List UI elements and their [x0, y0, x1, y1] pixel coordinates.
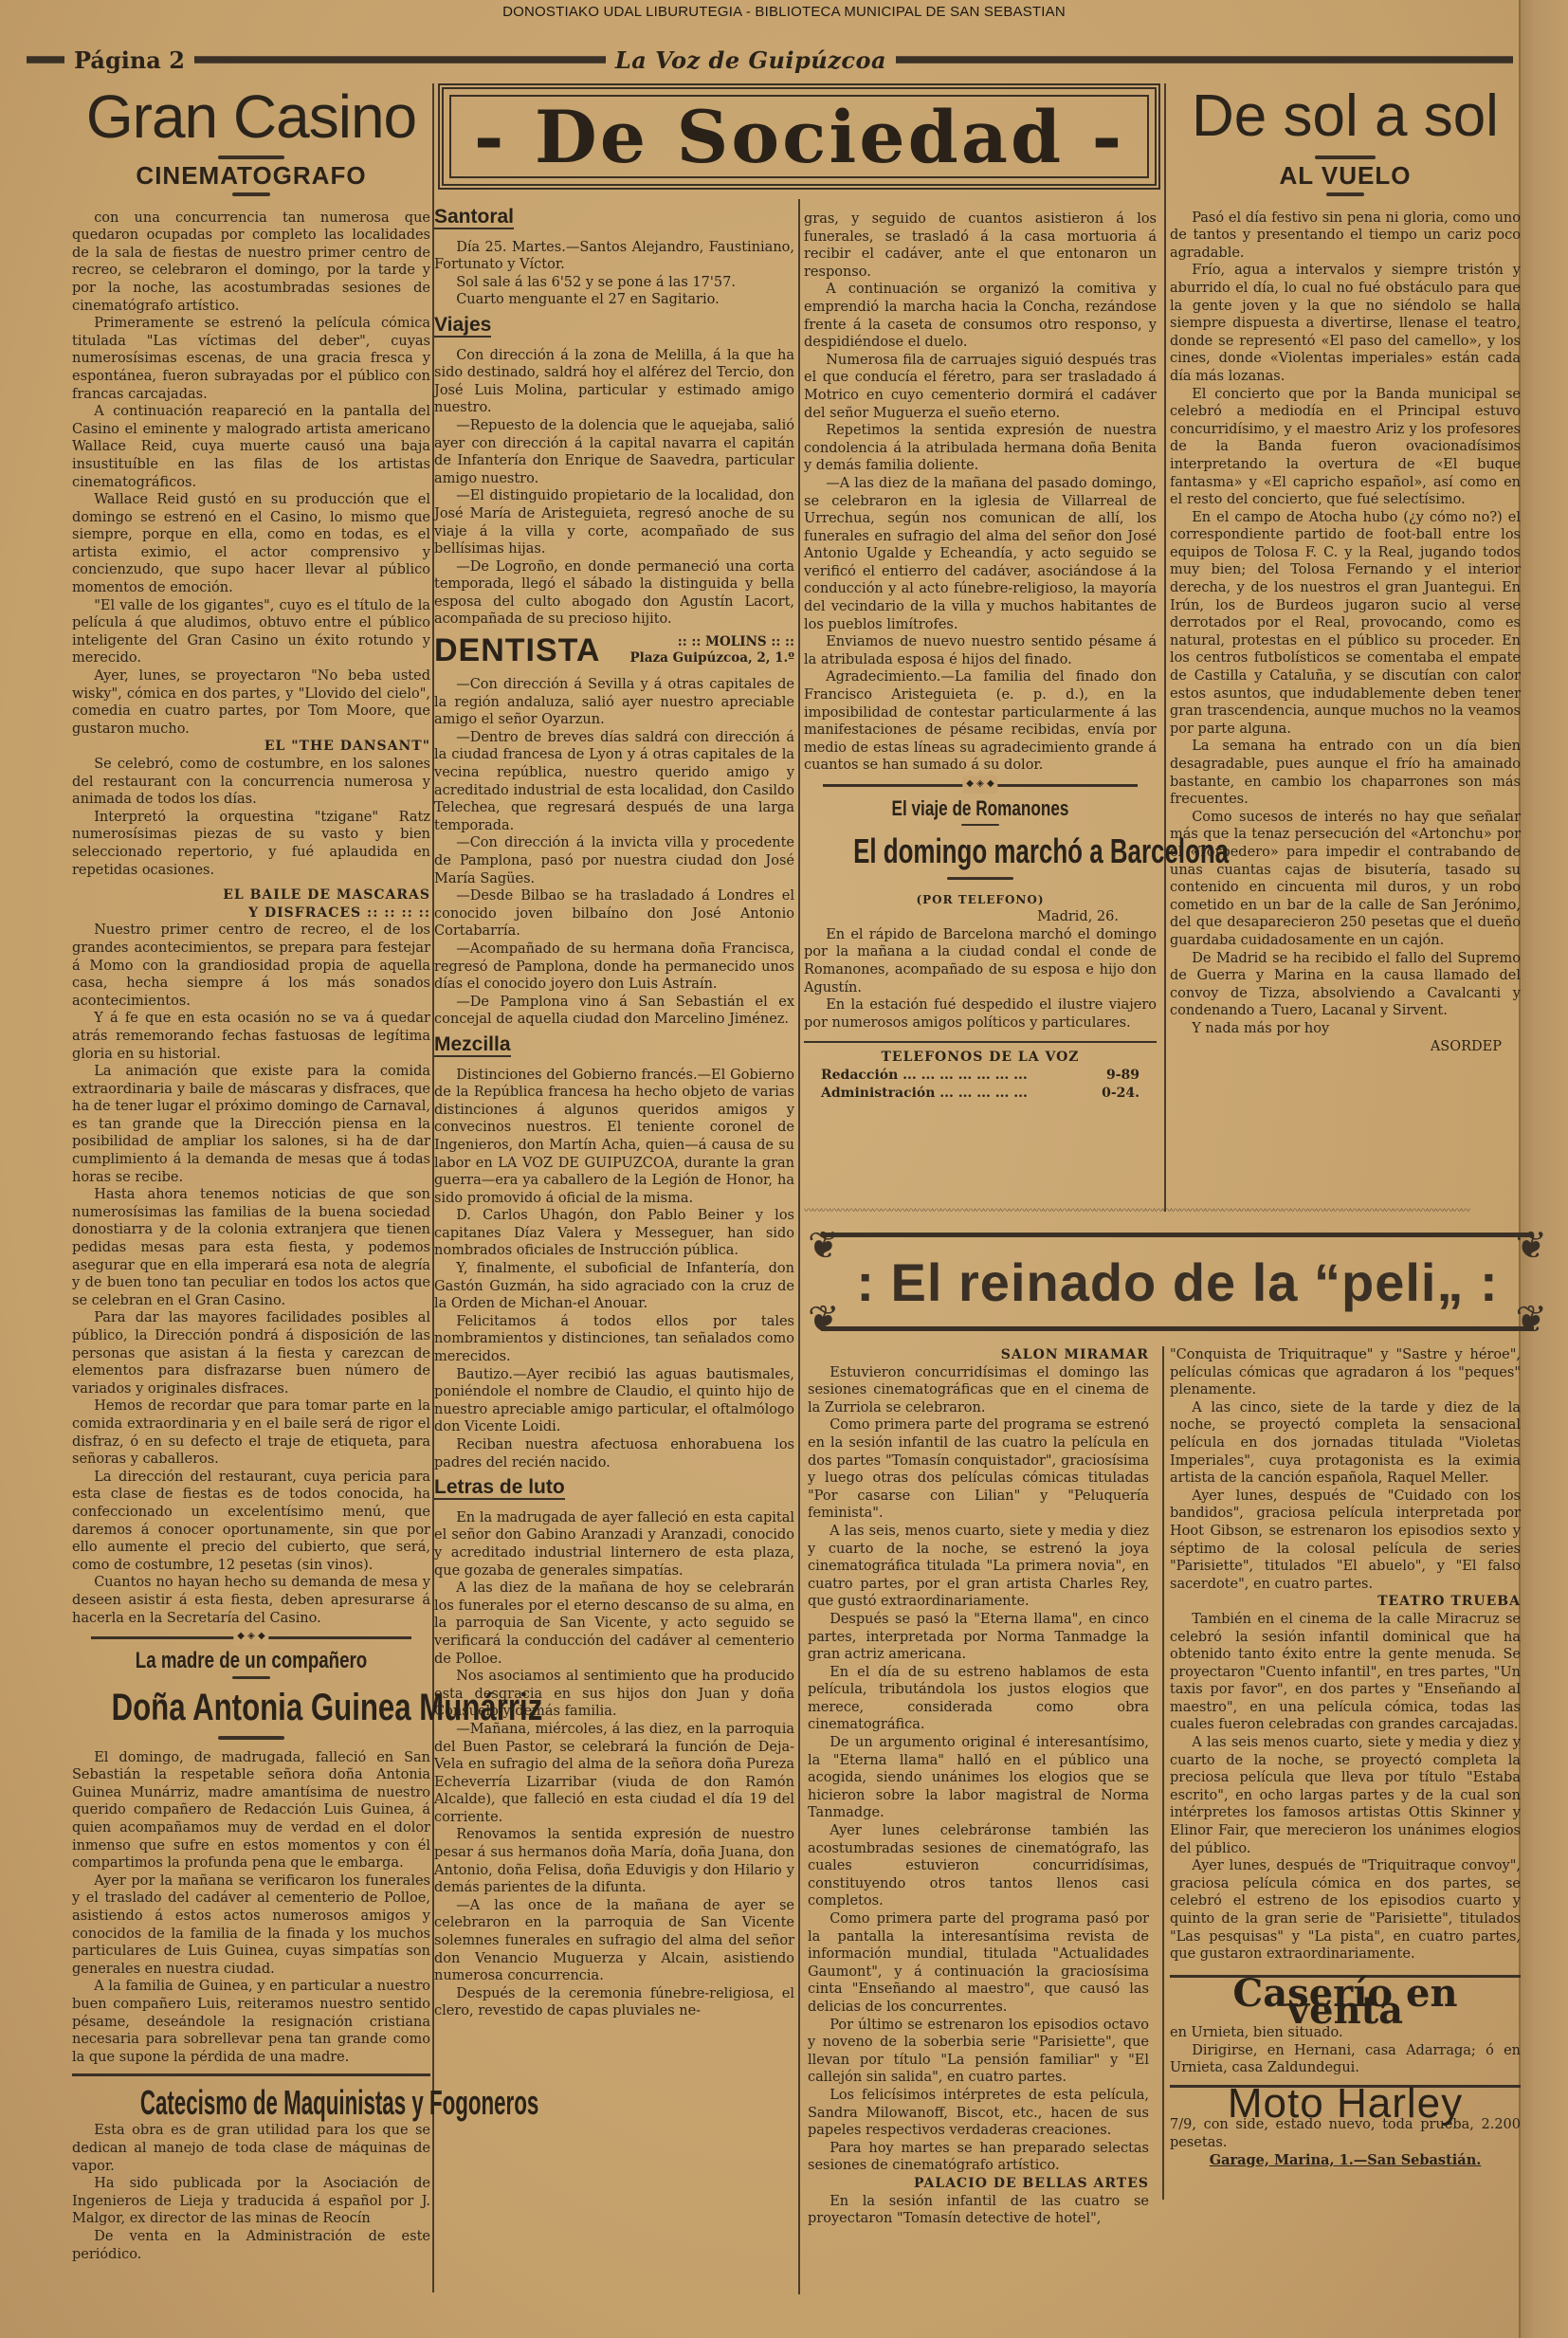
paragraph: El domingo, de madrugada, falleció en Sa… [72, 1749, 430, 1872]
ornament-rule [218, 155, 284, 159]
section-head-baile: Y DISFRACES :: :: :: :: [72, 904, 430, 922]
paragraph: Ayer lunes celebráronse también las acos… [808, 1822, 1149, 1910]
paragraph: —Dentro de breves días saldrá con direcc… [434, 729, 794, 835]
paragraph: De venta en la Administración de este pe… [72, 2228, 430, 2263]
section-head-luto: Letras de luto [434, 1479, 565, 1500]
column-sociedad-1: Santoral Día 25. Martes.—Santos Alejandr… [434, 201, 794, 2020]
paragraph: Estuvieron concurridísimas el domingo la… [808, 1364, 1149, 1417]
column-sol-a-sol: De sol a sol AL VUELO Pasó el día festiv… [1170, 83, 1521, 1055]
paragraph: Numerosa fila de carruajes siguió despué… [804, 352, 1157, 422]
ornament-divider [823, 784, 1138, 787]
paragraph: Por último se estrenaron los episodios o… [808, 2017, 1149, 2087]
archive-header: DONOSTIAKO UDAL LIBURUTEGIA - BIBLIOTECA… [0, 4, 1568, 20]
paragraph: A las cinco, siete de la tarde y diez de… [1170, 1399, 1521, 1488]
newspaper-title: La Voz de Guipúzcoa [615, 46, 886, 74]
ornament-corner-icon: ❦ [808, 1298, 840, 1342]
section-head-trueba: TEATRO TRUEBA [1170, 1593, 1521, 1611]
romanones-dateline: Madrid, 26. [804, 908, 1157, 926]
paragraph: En el campo de Atocha hubo (¿y cómo no?)… [1170, 509, 1521, 739]
signature: ASORDEP [1170, 1038, 1521, 1056]
de-sociedad-title: - De Sociedad - [474, 95, 1124, 179]
paragraph: Pasó el día festivo sin pena ni gloria, … [1170, 210, 1521, 263]
paragraph: Y á fe que en esta ocasión no se va á qu… [72, 1010, 430, 1063]
paragraph: Ayer por la mañana se verificaron los fu… [72, 1872, 430, 1979]
sol-title: De sol a sol [1170, 83, 1521, 150]
paragraph: Con dirección á la zona de Melilla, á la… [434, 347, 794, 417]
paragraph: Los felicísimos intérpretes de esta pelí… [808, 2087, 1149, 2140]
paragraph: Felicitamos á todos ellos por tales nomb… [434, 1313, 794, 1366]
section-head-baile: EL BAILE DE MASCARAS [72, 886, 430, 904]
paragraph: A las diez de la mañana de hoy se celebr… [434, 1580, 794, 1668]
paragraph: Como sucesos de interés no hay que señal… [1170, 809, 1521, 950]
paragraph: Distinciones del Gobierno francés.—El Go… [434, 1067, 794, 1208]
paragraph: En la estación fué despedido el ilustre … [804, 996, 1157, 1032]
catecismo-title: Catecismo de Maquinistas y Fogoneros [140, 2084, 362, 2122]
paragraph: La dirección del restaurant, cuya perici… [72, 1469, 430, 1575]
masthead-rule [896, 56, 1513, 64]
telefonos-value: 0-24. [1102, 1085, 1140, 1103]
paragraph: "Conquista de Triquitraque" y "Sastre y … [1170, 1346, 1521, 1399]
telefonos-row: Administración ... ... ... ... ... 0-24. [804, 1085, 1157, 1103]
paragraph: Nuestro primer centro de recreo, el de l… [72, 922, 430, 1010]
paragraph: Cuantos no hayan hecho su demanda de mes… [72, 1574, 430, 1627]
paragraph: En la sesión infantil de las cuatro se p… [808, 2193, 1149, 2228]
paragraph: con una concurrencia tan numerosa que qu… [72, 210, 430, 316]
masthead: Página 2 La Voz de Guipúzcoa [27, 46, 1513, 74]
paragraph: En el día de su estreno hablamos de esta… [808, 1664, 1149, 1734]
paragraph: Hemos de recordar que para tomar parte e… [72, 1397, 430, 1468]
paragraph: El concierto que por la Banda municipal … [1170, 386, 1521, 509]
section-head-the-dansant: EL "THE DANSANT" [72, 738, 430, 756]
romanones-kicker: El viaje de Romanones [843, 800, 1118, 818]
paragraph: La animación que existe para la comida e… [72, 1063, 430, 1186]
paragraph: —A las once de la mañana de ayer se cele… [434, 1897, 794, 1985]
paragraph: Wallace Reid gustó en su producción que … [72, 491, 430, 597]
paragraph: Interpretó la orquestina "tzigane" Ratz … [72, 809, 430, 879]
paragraph: Y nada más por hoy [1170, 1020, 1521, 1038]
paragraph: Ayer lunes, después de "Cuidado con los … [1170, 1488, 1521, 1594]
paragraph: D. Carlos Uhagón, don Pablo Beiner y los… [434, 1207, 794, 1260]
obituary-kicker: La madre de un compañero [112, 1653, 392, 1671]
ornament-corner-icon: ❦ [808, 1224, 840, 1268]
masthead-rule [194, 56, 606, 64]
paragraph: —A las diez de la mañana del pasado domi… [804, 475, 1157, 633]
paragraph: Renovamos la sentida expresión de nuestr… [434, 1826, 794, 1896]
romanones-title: El domingo marchó a Barcelona [853, 831, 1107, 871]
paragraph: Para dar las mayores facilidades posible… [72, 1309, 430, 1397]
telefonos-title: TELEFONOS DE LA VOZ [804, 1049, 1157, 1067]
caserio-line: Dirigirse, en Hernani, casa Adarraga; ó … [1170, 2042, 1521, 2077]
paragraph: —Repuesto de la dolencia que le aquejaba… [434, 417, 794, 487]
column-rule [1162, 1346, 1164, 2200]
ornament-rule [1326, 192, 1364, 196]
ornament-rule [218, 1736, 284, 1740]
romanones-byline: (POR TELEFONO) [804, 891, 1157, 909]
paragraph: Se celebró, como de costumbre, en los sa… [72, 756, 430, 809]
paragraph: "El valle de los gigantes", cuyo es el t… [72, 597, 430, 667]
paragraph: Repetimos la sentida expresión de nuestr… [804, 422, 1157, 475]
paragraph: Enviamos de nuevo nuestro sentido pésame… [804, 633, 1157, 668]
paragraph: Ha sido publicada por la Asociación de I… [72, 2175, 430, 2228]
paragraph: —Acompañado de su hermana doña Francisca… [434, 941, 794, 994]
paragraph: Reciban nuestra afectuosa enhorabuena lo… [434, 1436, 794, 1471]
moto-title: Moto Harley [1170, 2095, 1521, 2113]
paragraph: Como primera parte del programa pasó por… [808, 1910, 1149, 2017]
paragraph: En la madrugada de ayer falleció en esta… [434, 1509, 794, 1580]
ornament-corner-icon: ❦ [1515, 1224, 1547, 1268]
dentista-name: :: :: MOLINS :: :: [629, 634, 794, 650]
de-sociedad-banner: - De Sociedad - [438, 83, 1160, 190]
paragraph: También en el cinema de la calle Miracru… [1170, 1611, 1521, 1734]
paragraph: Nos asociamos al sentimiento que ha prod… [434, 1668, 794, 1721]
divider [72, 2073, 430, 2076]
column-sociedad-2: gras, y seguido de cuantos asistieron á … [804, 210, 1157, 1102]
paragraph: —Con dirección á la invicta villa y proc… [434, 834, 794, 887]
paragraph: Esta obra es de gran utilidad para los q… [72, 2122, 430, 2175]
peli-title: : El reinado de la “peli„ : [856, 1251, 1498, 1313]
wavy-divider: 〰〰〰〰〰〰〰〰〰〰〰〰〰〰〰〰〰〰〰〰〰〰〰〰〰〰〰〰〰〰〰〰〰〰〰〰〰〰〰〰… [804, 1208, 1524, 1215]
paragraph: A continuación se organizó la comitiva y… [804, 281, 1157, 351]
ornament-corner-icon: ❦ [1515, 1298, 1547, 1342]
section-head-bellas-artes: PALACIO DE BELLAS ARTES [808, 2175, 1149, 2193]
paragraph: Hasta ahora tenemos noticias de que son … [72, 1186, 430, 1309]
paragraph: Frío, agua a intervalos y siempre tristó… [1170, 262, 1521, 385]
paragraph: —Desde Bilbao se ha trasladado á Londres… [434, 887, 794, 941]
paragraph: Bautizo.—Ayer recibió las aguas bautisma… [434, 1366, 794, 1436]
section-head-santoral: Santoral [434, 209, 514, 229]
dentista-ad: DENTISTA :: :: MOLINS :: :: Plaza Guipúz… [434, 634, 794, 667]
paragraph: Sol sale á las 6'52 y se pone á las 17'5… [434, 274, 794, 292]
paragraph: Cuarto menguante el 27 en Sagitario. [434, 291, 794, 309]
telefonos-label: Administración ... ... ... ... ... [821, 1085, 1028, 1103]
casino-subtitle: CINEMATOGRAFO [72, 167, 430, 185]
column-gran-casino: Gran Casino CINEMATOGRAFO con una concur… [72, 83, 430, 2263]
paragraph: —De Pamplona vino á San Sebastián el ex … [434, 994, 794, 1029]
column-peli-right: "Conquista de Triquitraque" y "Sastre y … [1170, 1346, 1521, 2169]
paragraph: Agradecimiento.—La familia del finado do… [804, 668, 1157, 775]
ornament-rule [1315, 155, 1376, 159]
obituary-title: Doña Antonia Guinea Munárriz [112, 1685, 392, 1730]
casino-title: Gran Casino [72, 83, 430, 150]
paragraph: A la familia de Guinea, y en particular … [72, 1978, 430, 2066]
moto-line: 7/9, con side, estado nuevo, toda prueba… [1170, 2116, 1521, 2151]
telefonos-label: Redacción ... ... ... ... ... ... ... [821, 1067, 1028, 1085]
paragraph: Ayer, lunes, se proyectaron "No beba ust… [72, 667, 430, 738]
section-head-mezcilla: Mezcilla [434, 1036, 511, 1057]
page-edge [1519, 0, 1568, 2338]
telefonos-value: 9-89 [1106, 1067, 1140, 1085]
ornament-divider [91, 1636, 411, 1639]
paragraph: A las seis menos cuarto, siete y media y… [1170, 1734, 1521, 1857]
paragraph: A las seis, menos cuarto, siete y media … [808, 1523, 1149, 1611]
dentista-word: DENTISTA [434, 642, 600, 660]
paragraph: —De Logroño, en donde permaneció una cor… [434, 558, 794, 629]
masthead-rule [27, 56, 64, 64]
column-peli-left: SALON MIRAMAR Estuvieron concurridísimas… [808, 1346, 1149, 2228]
paragraph: —Con dirección á Sevilla y á otras capit… [434, 676, 794, 729]
paragraph: La semana ha entrado con un día bien des… [1170, 738, 1521, 808]
paragraph: Para hoy martes se han preparado selecta… [808, 2140, 1149, 2175]
moto-address: Garage, Marina, 1.—San Sebastián. [1170, 2152, 1521, 2170]
paragraph: En el rápido de Barcelona marchó el domi… [804, 926, 1157, 996]
paragraph: —Mañana, miércoles, á las diez, en la pa… [434, 1721, 794, 1827]
paragraph: —El distinguido propietario de la locali… [434, 487, 794, 557]
paragraph: Primeramente se estrenó la película cómi… [72, 315, 430, 403]
paragraph: Y, finalmente, el suboficial de Infanter… [434, 1260, 794, 1313]
ornament-rule [232, 192, 270, 196]
paragraph: Día 25. Martes.—Santos Alejandro, Fausti… [434, 239, 794, 274]
paragraph: Después de la ceremonia fúnebre-religios… [434, 1985, 794, 2020]
section-head-viajes: Viajes [434, 317, 491, 338]
dentista-address: :: :: MOLINS :: :: Plaza Guipúzcoa, 2, 1… [629, 634, 794, 667]
caserio-title: Caserío en venta [1170, 1985, 1521, 2020]
paragraph: Ayer lunes, después de "Triquitraque con… [1170, 1857, 1521, 1964]
paragraph: De Madrid se ha recibido el fallo del Su… [1170, 950, 1521, 1020]
sol-subtitle: AL VUELO [1170, 167, 1521, 185]
section-head-miramar: SALON MIRAMAR [808, 1346, 1149, 1364]
telefonos-box: TELEFONOS DE LA VOZ Redacción ... ... ..… [804, 1041, 1157, 1102]
telefonos-row: Redacción ... ... ... ... ... ... ... 9-… [804, 1067, 1157, 1085]
paragraph: De un argumento original é interesantísi… [808, 1734, 1149, 1822]
ornament-rule [961, 824, 999, 826]
ornament-rule [232, 1676, 270, 1679]
ornament-rule [947, 877, 1013, 880]
column-rule [798, 199, 800, 2294]
paragraph: A continuación reapareció en la pantalla… [72, 403, 430, 491]
page-label: Página 2 [74, 46, 185, 74]
dentista-street: Plaza Guipúzcoa, 2, 1.º [629, 650, 794, 667]
paragraph: Después se pasó la "Eterna llama", en ci… [808, 1611, 1149, 1664]
column-rule [1164, 83, 1166, 1212]
paragraph: gras, y seguido de cuantos asistieron á … [804, 210, 1157, 281]
paragraph: Como primera parte del programa se estre… [808, 1416, 1149, 1523]
peli-banner: ❦ ❦ ❦ ❦ : El reinado de la “peli„ : [821, 1233, 1534, 1331]
